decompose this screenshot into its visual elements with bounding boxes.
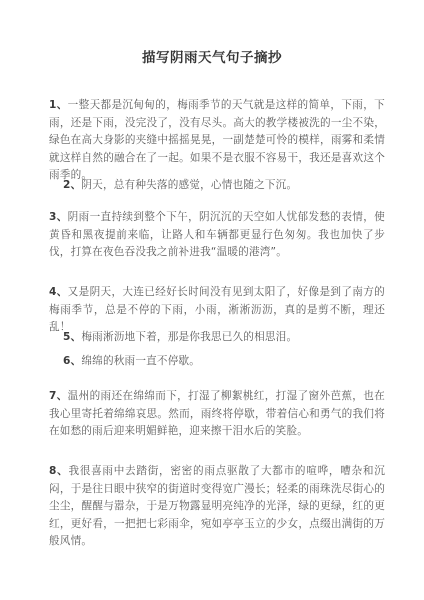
paragraph-number: 3、	[49, 211, 68, 223]
paragraph-number: 6、	[63, 355, 81, 367]
paragraph-3: 3、阴雨一直持续到整个下午，阴沉沉的天空如人忧郁发愁的表情，使黄昏和黑夜提前来临…	[49, 209, 385, 262]
paragraph-5: 5、梅雨淅沥地下着，那是你我思已久的相思泪。	[63, 329, 399, 347]
paragraph-text: 绵绵的秋雨一直不停歇。	[81, 355, 200, 367]
paragraph-text: 又是阴天，大连已经好长时间没有见到太阳了，好像是到了南方的梅雨季节，总是不停的下…	[49, 286, 385, 333]
document-page: 描写阴雨天气句子摘抄 1、一整天都是沉甸甸的，梅雨季节的天气就是这样的简单，下雨…	[0, 0, 424, 600]
paragraph-number: 1、	[49, 99, 68, 111]
paragraph-text: 阴天，总有种失落的感觉，心情也随之下沉。	[81, 179, 297, 191]
paragraph-7: 7、温州的雨还在绵绵而下，打湿了柳絮桃红，打湿了窗外芭蕉，也在我心里寄托着绵绵哀…	[49, 388, 385, 441]
paragraph-number: 8、	[49, 465, 68, 477]
paragraph-number: 4、	[49, 286, 68, 298]
paragraph-text: 梅雨淅沥地下着，那是你我思已久的相思泪。	[81, 331, 297, 343]
paragraph-6: 6、绵绵的秋雨一直不停歇。	[63, 353, 399, 371]
paragraph-2: 2、阴天，总有种失落的感觉，心情也随之下沉。	[63, 177, 399, 195]
paragraph-text: 温州的雨还在绵绵而下，打湿了柳絮桃红，打湿了窗外芭蕉，也在我心里寄托着绵绵哀思。…	[49, 390, 385, 437]
paragraph-number: 2、	[63, 179, 81, 191]
paragraph-1: 1、一整天都是沉甸甸的，梅雨季节的天气就是这样的简单，下雨，下雨，还是下雨，没完…	[49, 97, 385, 185]
paragraph-8: 8、我很喜雨中去踏街，密密的雨点驱散了大都市的喧哗，嘈杂和沉闷，于是往日眼中狭窄…	[49, 463, 385, 551]
document-title: 描写阴雨天气句子摘抄	[0, 46, 424, 66]
paragraph-number: 5、	[63, 331, 81, 343]
paragraph-text: 一整天都是沉甸甸的，梅雨季节的天气就是这样的简单，下雨，下雨，还是下雨，没完没了…	[49, 99, 385, 181]
paragraph-text: 阴雨一直持续到整个下午，阴沉沉的天空如人忧郁发愁的表情，使黄昏和黑夜提前来临，让…	[49, 211, 385, 258]
paragraph-text: 我很喜雨中去踏街，密密的雨点驱散了大都市的喧哗，嘈杂和沉闷，于是往日眼中狭窄的街…	[49, 465, 385, 547]
paragraph-number: 7、	[49, 390, 68, 402]
